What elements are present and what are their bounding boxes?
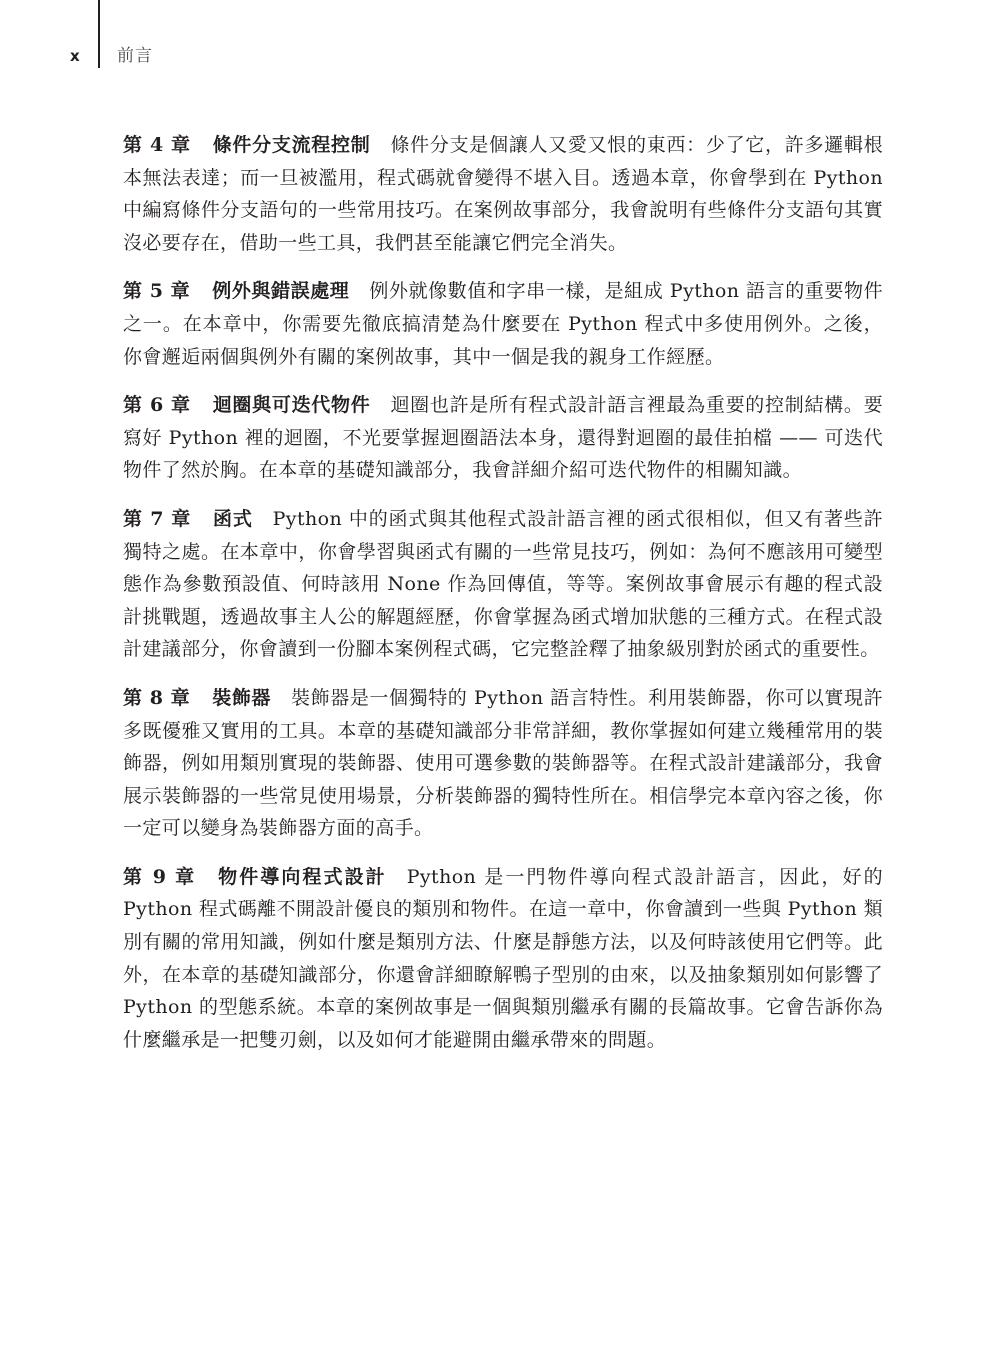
chapter-8-summary: 第 8 章裝飾器裝飾器是一個獨特的 Python 語言特性。利用裝飾器，你可以實… [123, 682, 883, 845]
chapter-title: 物件導向程式設計 [218, 866, 387, 888]
page-number: x [70, 46, 80, 66]
chapter-label: 第 8 章 [123, 687, 190, 709]
chapter-label: 第 9 章 [123, 866, 196, 888]
chapter-body: Python 中的函式與其他程式設計語言裡的函式很相似，但又有著些許獨特之處。在… [123, 508, 883, 660]
chapter-6-summary: 第 6 章迴圈與可迭代物件迴圈也許是所有程式設計語言裡最為重要的控制結構。要寫好… [123, 389, 883, 487]
chapter-label: 第 6 章 [123, 394, 191, 416]
chapter-title: 迴圈與可迭代物件 [213, 394, 371, 416]
chapter-5-summary: 第 5 章例外與錯誤處理例外就像數值和字串一樣，是組成 Python 語言的重要… [123, 275, 883, 373]
chapter-label: 第 5 章 [123, 280, 190, 302]
chapter-title: 條件分支流程控制 [213, 134, 371, 156]
running-head: 前言 [117, 45, 153, 67]
header-divider [98, 0, 100, 68]
chapter-title: 例外與錯誤處理 [212, 280, 349, 302]
chapter-body: 裝飾器是一個獨特的 Python 語言特性。利用裝飾器，你可以實現許多既優雅又實… [123, 687, 883, 839]
chapter-9-summary: 第 9 章物件導向程式設計Python 是一門物件導向程式設計語言，因此，好的 … [123, 861, 883, 1057]
page-content: 第 4 章條件分支流程控制條件分支是個讓人又愛又恨的東西：少了它，許多邏輯根本無… [123, 129, 883, 1072]
chapter-label: 第 7 章 [123, 508, 191, 530]
chapter-title: 函式 [213, 508, 253, 530]
chapter-label: 第 4 章 [123, 134, 191, 156]
chapter-body: Python 是一門物件導向程式設計語言，因此，好的 Python 程式碼離不開… [123, 866, 883, 1051]
page-header: x 前言 [0, 0, 1000, 80]
chapter-7-summary: 第 7 章函式Python 中的函式與其他程式設計語言裡的函式很相似，但又有著些… [123, 503, 883, 666]
chapter-title: 裝飾器 [212, 687, 271, 709]
chapter-4-summary: 第 4 章條件分支流程控制條件分支是個讓人又愛又恨的東西：少了它，許多邏輯根本無… [123, 129, 883, 259]
